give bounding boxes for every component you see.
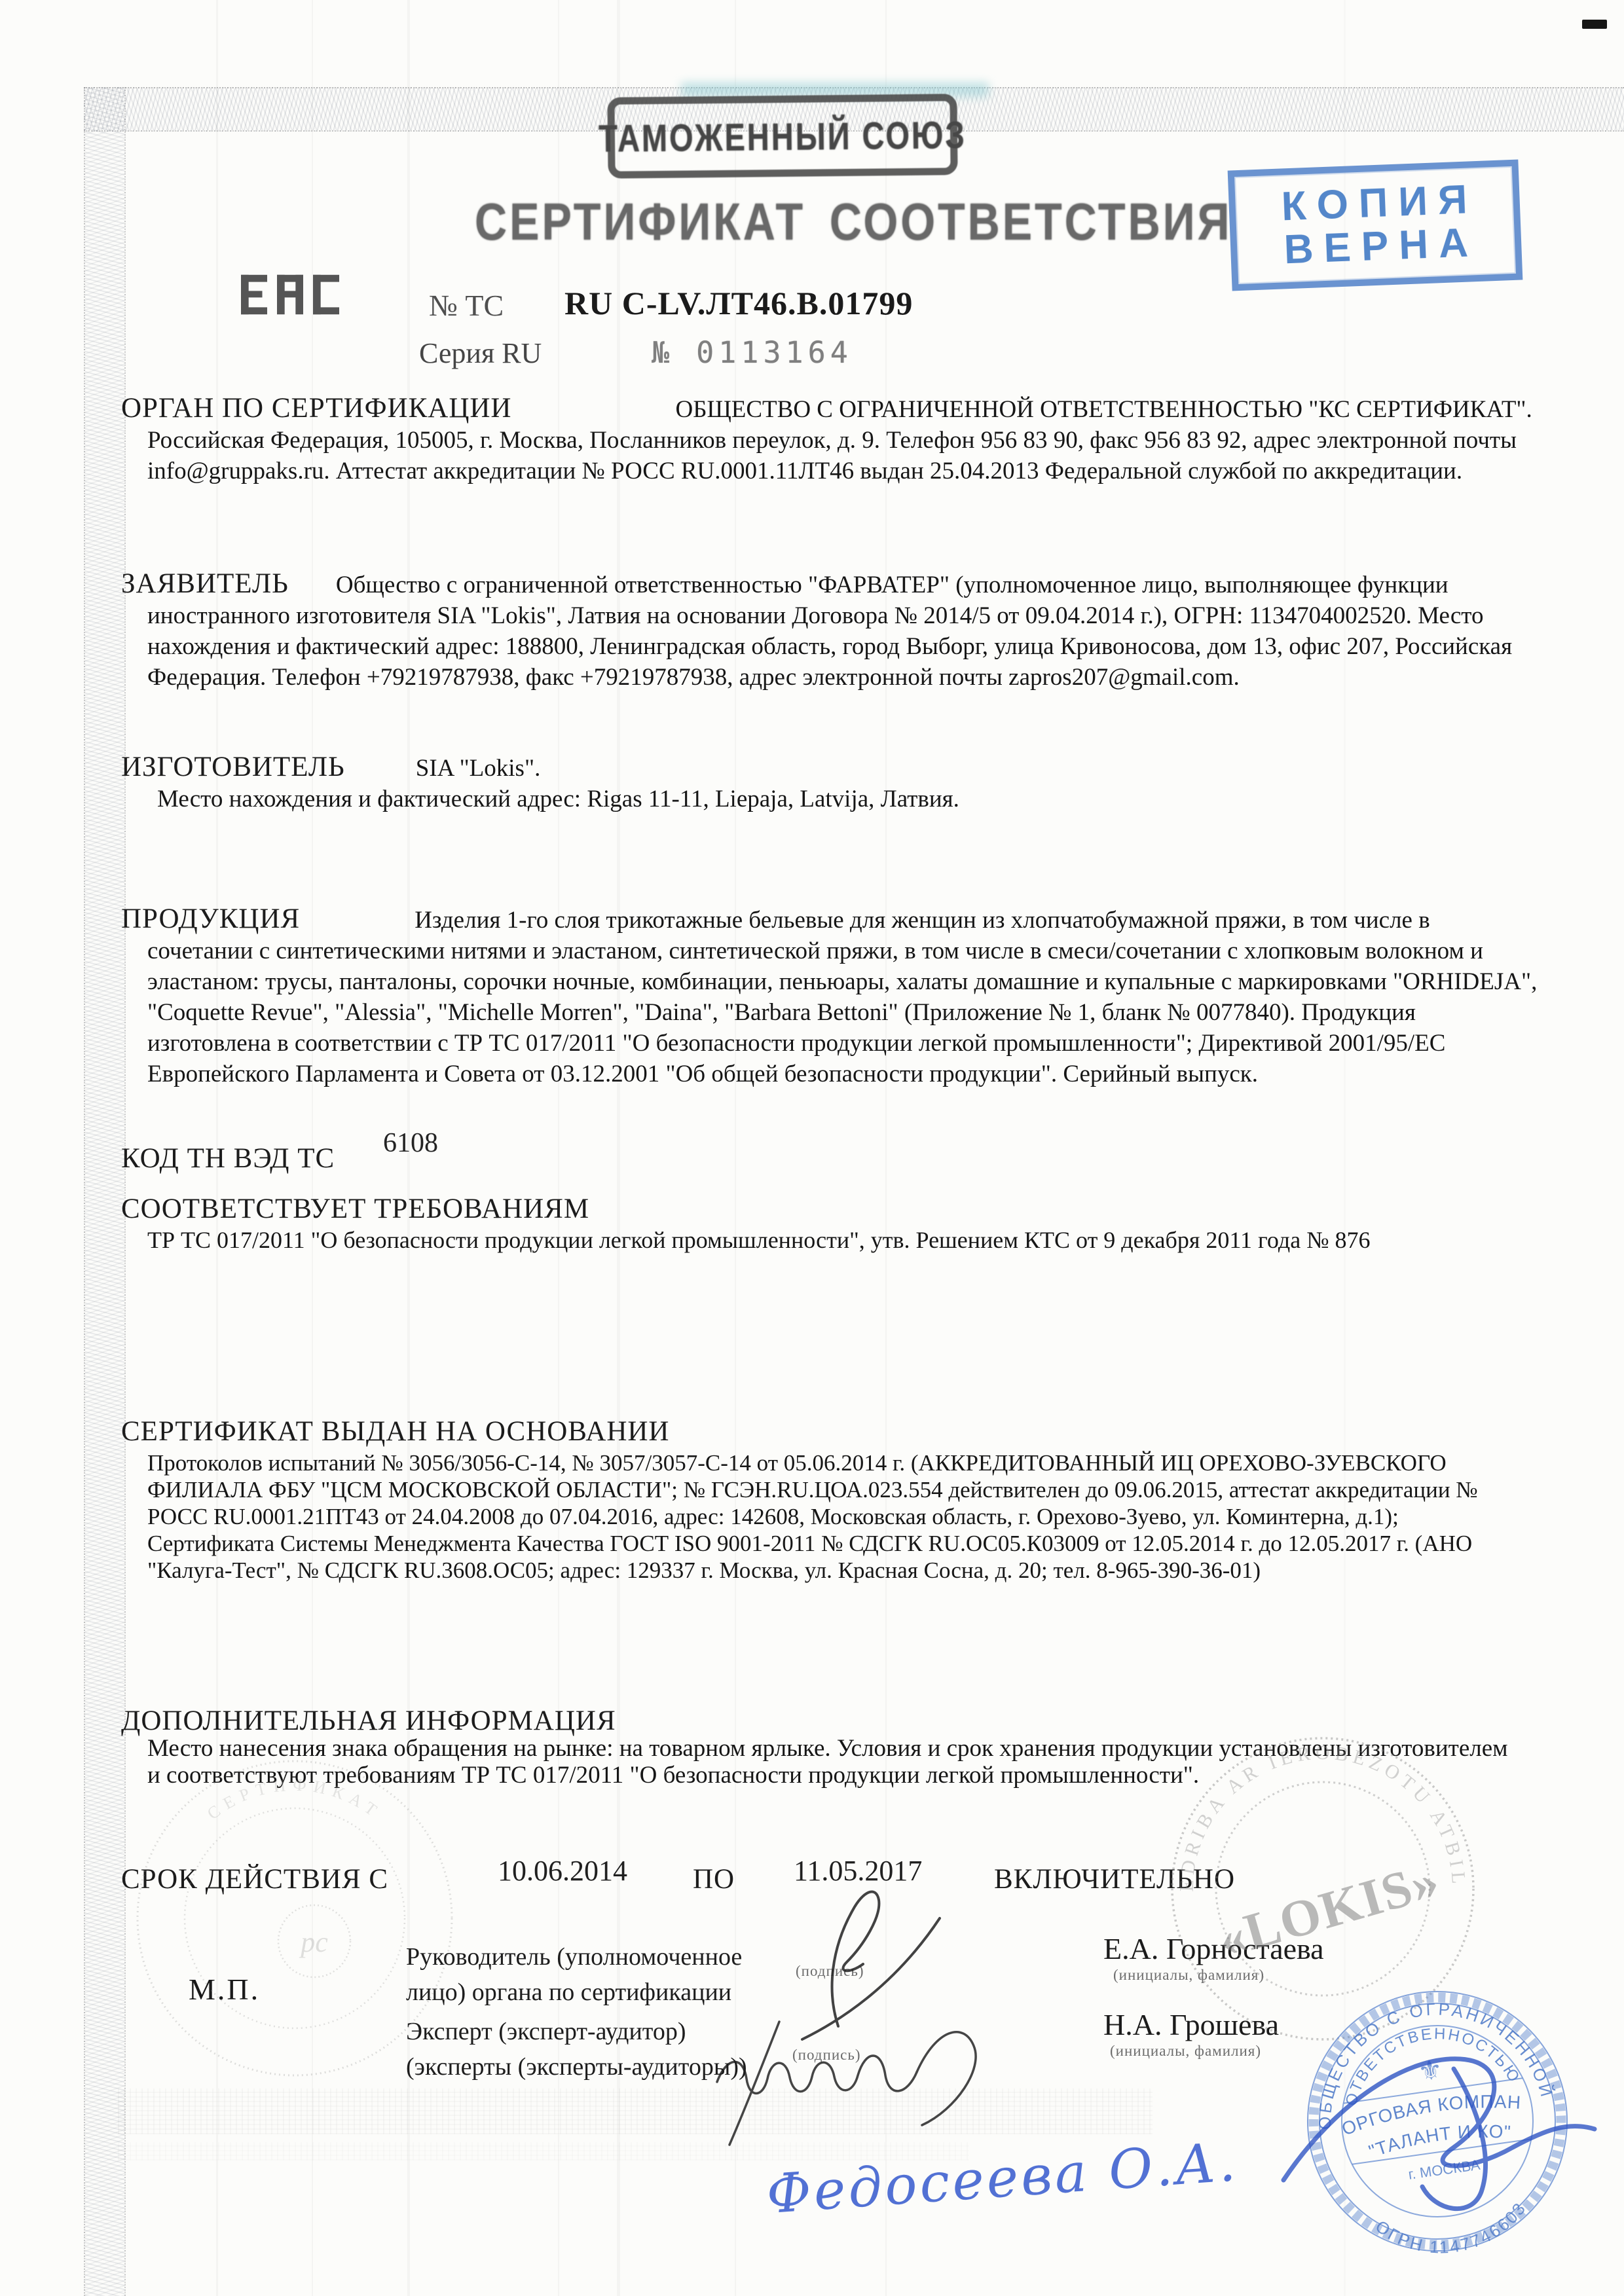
hs-code-value: 6108 (383, 1127, 438, 1159)
section-applicant: ЗАЯВИТЕЛЬОбщество с ограниченной ответст… (121, 568, 1539, 693)
cert-number-label: № ТС (429, 288, 504, 323)
manufacturer-name: SIA "Lokis". (416, 755, 541, 782)
section-certification-body: ОРГАН ПО СЕРТИФИКАЦИИОБЩЕСТВО С ОГРАНИЧЕ… (121, 393, 1539, 486)
manufacturer-details: Место нахождения и фактический адрес: Ri… (147, 784, 1539, 814)
customs-union-badge: ТАМОЖЕННЫЙ СОЮЗ (607, 94, 957, 179)
lokis-center-text: «LOKIS» (1211, 1851, 1446, 1969)
copy-stamp-line2: ВЕРНА (1273, 221, 1479, 272)
hs-code-label: КОД ТН ВЭД ТС (121, 1142, 335, 1175)
section-manufacturer: ИЗГОТОВИТЕЛЬSIA "Lokis". Место нахождени… (121, 752, 1539, 814)
basis-protocols: Протоколов испытаний № 3056/3056-С-14, №… (147, 1449, 1513, 1530)
section-products: ПРОДУКЦИЯИзделия 1-го слоя трикотажные б… (121, 903, 1539, 1089)
basis-text: Протоколов испытаний № 3056/3056-С-14, №… (147, 1449, 1513, 1584)
guilloche-left-band (84, 87, 126, 2296)
certificate-page: ТАМОЖЕННЫЙ СОЮЗ СЕРТИФИКАТ СООТВЕТСТВИЯ … (0, 0, 1624, 2296)
expert-signature (681, 1984, 1087, 2154)
basis-label: СЕРТИФИКАТ ВЫДАН НА ОСНОВАНИИ (121, 1415, 669, 1448)
svg-text:СЕРТИФИКАТ: СЕРТИФИКАТ (204, 1775, 386, 1823)
certification-body-details: Российская Федерация, 105005, г. Москва,… (147, 427, 1517, 484)
requirements-text: ТР ТС 017/2011 "О безопасности продукции… (147, 1226, 1513, 1254)
cert-org-ring-text: СЕРТИФИКАТ (204, 1775, 386, 1823)
validity-po-label: ПО (693, 1863, 735, 1895)
customs-union-label: ТАМОЖЕННЫЙ СОЮЗ (599, 112, 967, 161)
additional-info-label: ДОПОЛНИТЕЛЬНАЯ ИНФОРМАЦИЯ (121, 1705, 616, 1737)
section-label: ЗАЯВИТЕЛЬ (121, 568, 289, 599)
cert-org-round-stamp: СЕРТИФИКАТ рс (128, 1745, 475, 2092)
applicant-details: Общество с ограниченной ответственностью… (147, 572, 1512, 691)
validity-date-from: 10.06.2014 (498, 1854, 627, 1887)
stamp-signature (1238, 2023, 1624, 2226)
copy-verna-stamp: КОПИЯ ВЕРНА (1228, 160, 1523, 291)
eac-logo (241, 246, 339, 343)
cert-org-emblem: рс (299, 1926, 328, 1958)
requirements-label: СООТВЕТСТВУЕТ ТРЕБОВАНИЯМ (121, 1193, 589, 1225)
basis-qms: Сертификата Системы Менеджмента Качества… (147, 1530, 1513, 1584)
products-details: Изделия 1-го слоя трикотажные бельевые д… (147, 907, 1537, 1087)
cert-number-value: RU C-LV.ЛТ46.B.01799 (564, 284, 913, 322)
section-label: ИЗГОТОВИТЕЛЬ (121, 752, 345, 782)
scan-corner-mark (1582, 20, 1607, 29)
section-label: ПРОДУКЦИЯ (121, 903, 300, 934)
section-label: ОРГАН ПО СЕРТИФИКАЦИИ (121, 393, 511, 424)
document-title: СЕРТИФИКАТ СООТВЕТСТВИЯ (475, 192, 1182, 252)
series-value: № 0113164 (652, 335, 853, 370)
certification-body-name: ОБЩЕСТВО С ОГРАНИЧЕННОЙ ОТВЕТСТВЕННОСТЬЮ… (675, 396, 1532, 423)
series-label: Серия RU (419, 337, 542, 370)
